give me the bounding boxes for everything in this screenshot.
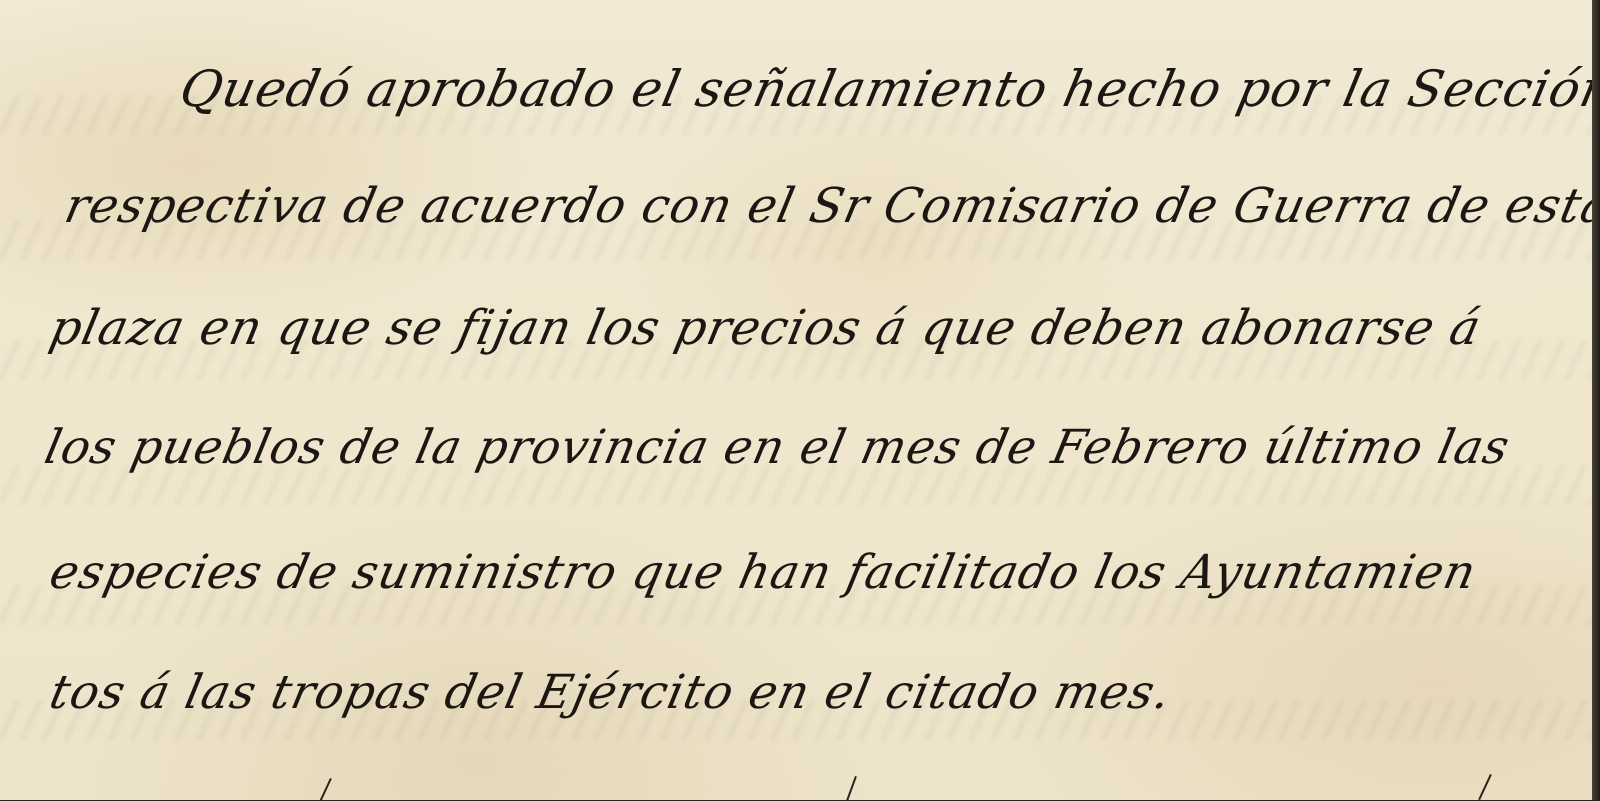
ascender-stroke [320, 778, 332, 800]
page-edge-shadow [1592, 0, 1600, 800]
manuscript-page: Quedó aprobado el señalamiento hecho por… [0, 0, 1594, 800]
manuscript-line-1: Quedó aprobado el señalamiento hecho por… [175, 60, 1600, 118]
manuscript-line-4: los pueblos de la provincia en el mes de… [40, 420, 1515, 475]
manuscript-line-2: respectiva de acuerdo con el Sr Comisari… [60, 178, 1600, 234]
ascender-stroke [1478, 774, 1492, 800]
cut-off-next-line [0, 770, 1592, 800]
manuscript-line-5: especies de suministro que han facilitad… [45, 545, 1481, 600]
manuscript-line-3: plaza en que se fijan los precios á que … [45, 300, 1486, 356]
manuscript-line-6: tos á las tropas del Ejército en el cita… [45, 665, 1176, 720]
ascender-stroke [846, 776, 857, 800]
